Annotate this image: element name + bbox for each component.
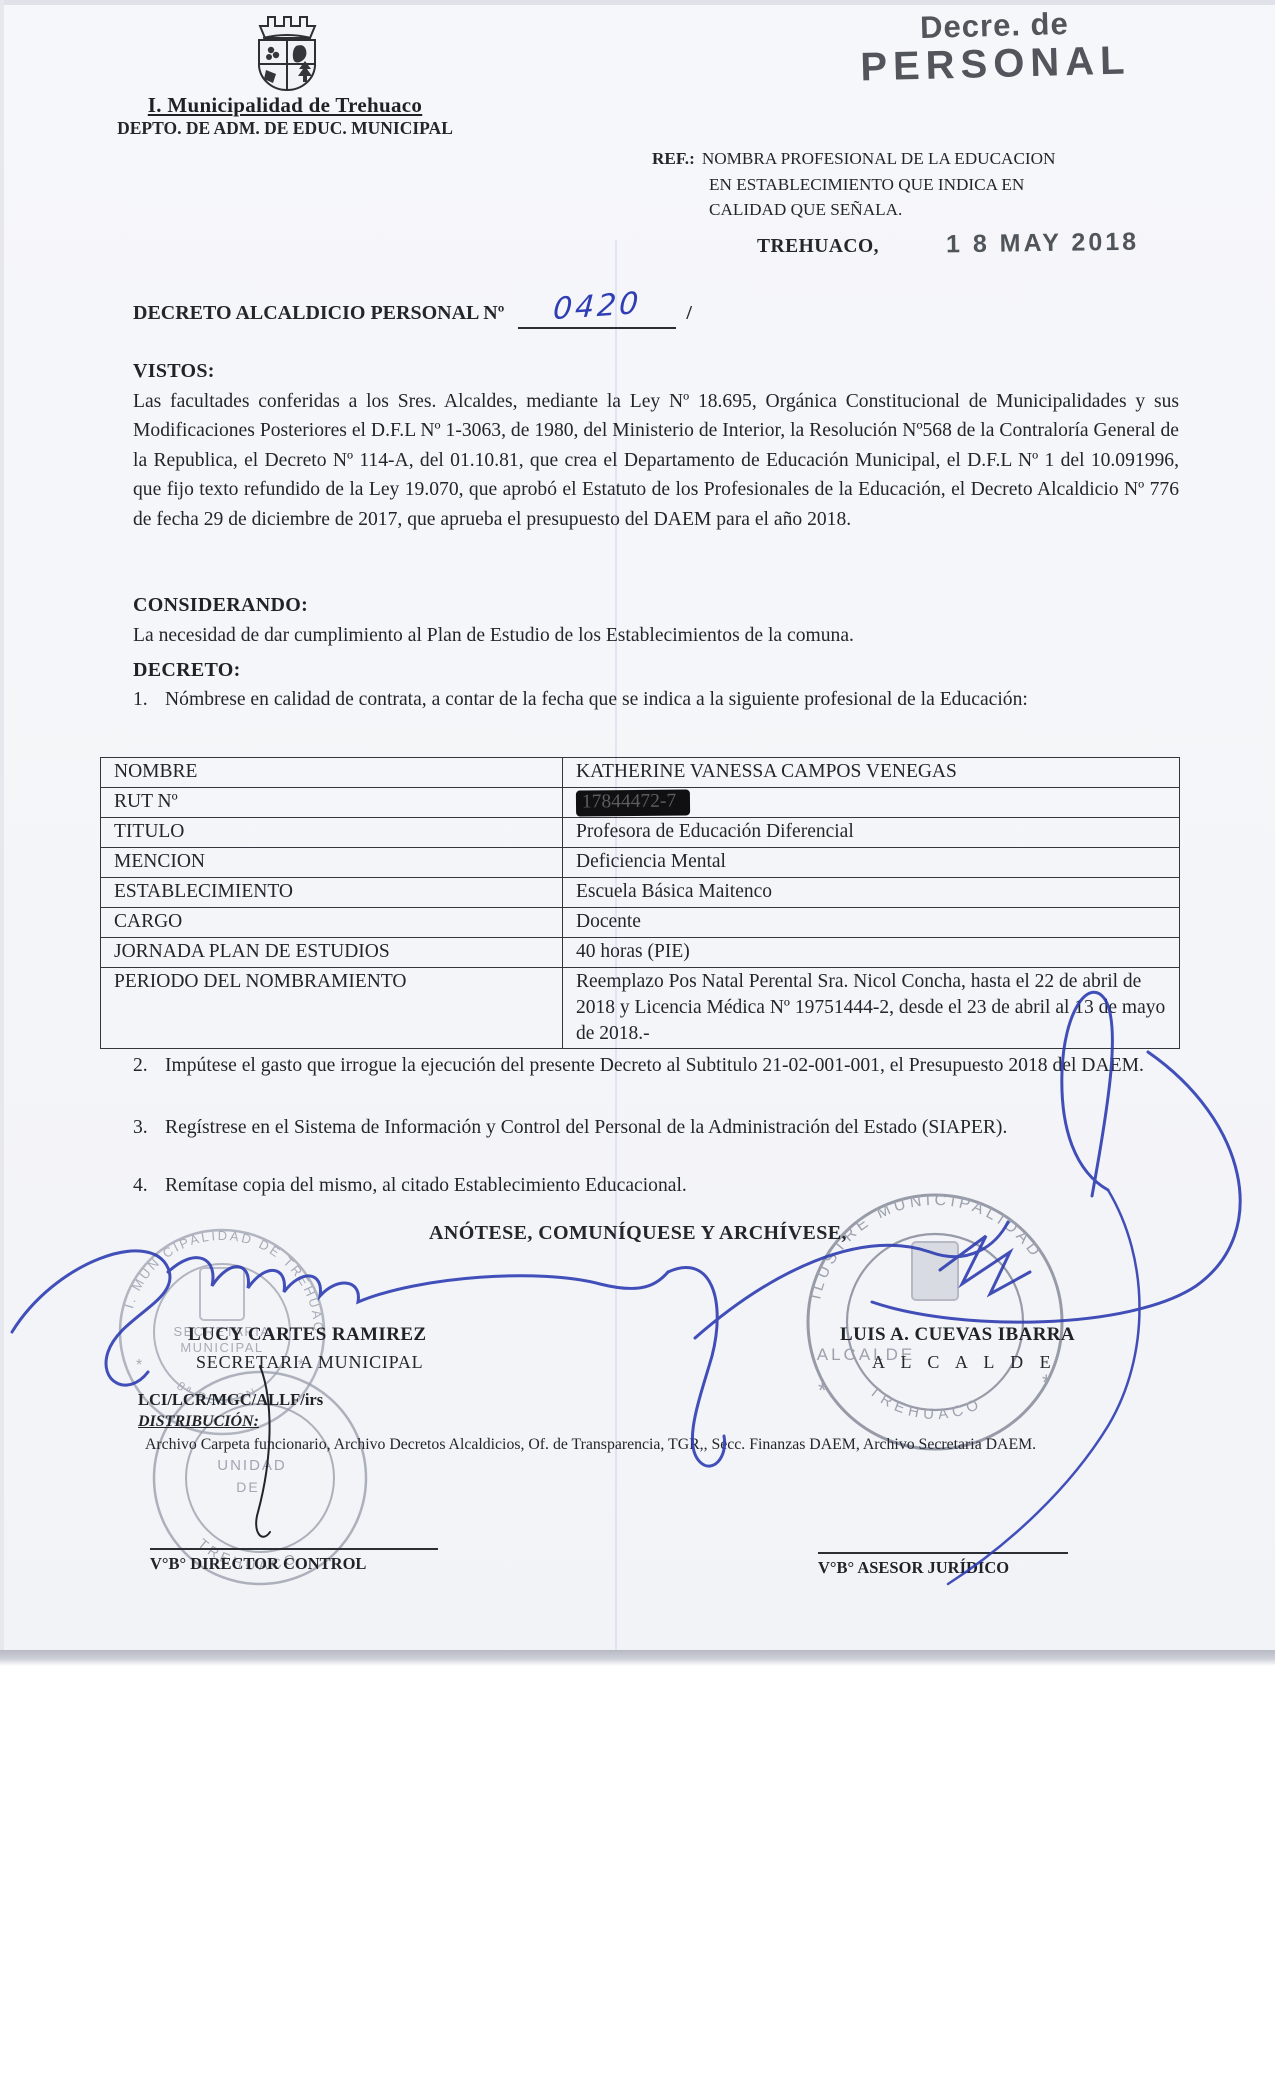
redaction-box: 17844472-7	[576, 789, 691, 816]
row-label: RUT Nº	[101, 788, 563, 818]
row-label: ESTABLECIMIENTO	[101, 878, 563, 908]
vb-asesor-juridico: V°B° ASESOR JURÍDICO	[818, 1552, 1068, 1578]
date-stamp: 1 8 MAY 2018	[946, 228, 1139, 260]
item-text: Impútese el gasto que irrogue la ejecuci…	[165, 1052, 1179, 1081]
row-label: NOMBRE	[101, 758, 563, 788]
distribution-list: Archivo Carpeta funcionario, Archivo Dec…	[145, 1436, 1165, 1454]
item-text: Regístrese en el Sistema de Información …	[165, 1114, 1179, 1143]
considerando-heading: CONSIDERANDO:	[133, 594, 308, 617]
table-row: NOMBRE KATHERINE VANESSA CAMPOS VENEGAS	[101, 758, 1180, 788]
scan-edge-left	[0, 0, 4, 1650]
paper-bottom-shadow	[0, 1650, 1275, 1666]
mayor-title: A L C A L D E	[872, 1352, 1057, 1373]
table-row: CARGO Docente	[101, 908, 1180, 938]
ref-label: REF.:	[652, 146, 695, 172]
table-row: MENCION Deficiencia Mental	[101, 848, 1180, 878]
personal-rubber-stamp: Decre. de PERSONAL	[829, 4, 1161, 92]
row-value: Reemplazo Pos Natal Perental Sra. Nicol …	[563, 968, 1180, 1049]
decreto-item-2: 2. Impútese el gasto que irrogue la ejec…	[133, 1052, 1179, 1081]
row-label: JORNADA PLAN DE ESTUDIOS	[101, 938, 563, 968]
row-label: CARGO	[101, 908, 563, 938]
decreto-item-4: 4. Remítase copia del mismo, al citado E…	[133, 1172, 1179, 1201]
item-number: 1.	[133, 686, 165, 715]
decree-number-underline: 0420	[518, 292, 676, 329]
item-number: 2.	[133, 1052, 165, 1081]
appointment-table: NOMBRE KATHERINE VANESSA CAMPOS VENEGAS …	[100, 757, 1180, 1049]
row-label: PERIODO DEL NOMBRAMIENTO	[101, 968, 563, 1049]
department-name: DEPTO. DE ADM. DE EDUC. MUNICIPAL	[93, 118, 477, 139]
vb-director-control: V°B° DIRECTOR CONTROL	[150, 1548, 438, 1574]
handwritten-decree-number: 0420	[552, 286, 643, 327]
city-dateline: TREHUACO,	[757, 236, 879, 258]
ref-line-1: NOMBRA PROFESIONAL DE LA EDUCACION	[702, 146, 1056, 172]
decree-number-line: DECRETO ALCALDICIO PERSONAL Nº0420/	[133, 292, 1133, 329]
reference-block: REF.: NOMBRA PROFESIONAL DE LA EDUCACION…	[652, 146, 1132, 223]
vistos-paragraph: Las facultades conferidas a los Sres. Al…	[133, 387, 1179, 534]
decree-slash: /	[686, 302, 692, 324]
distribution-label: DISTRIBUCIÓN:	[138, 1413, 259, 1431]
secretary-name: LUCY CARTES RAMIREZ	[188, 1324, 426, 1346]
row-value: Deficiencia Mental	[563, 848, 1180, 878]
row-value: Escuela Básica Maitenco	[563, 878, 1180, 908]
municipal-crest	[236, 6, 338, 98]
decreto-item-1: 1. Nómbrese en calidad de contrata, a co…	[133, 686, 1179, 715]
row-label: MENCION	[101, 848, 563, 878]
municipality-name: I. Municipalidad de Trehuaco	[103, 93, 467, 118]
secretary-title: SECRETARIA MUNICIPAL	[196, 1352, 423, 1373]
stamp-line-2: PERSONAL	[830, 38, 1161, 92]
row-value: 40 horas (PIE)	[563, 938, 1180, 968]
decree-label: DECRETO ALCALDICIO PERSONAL Nº	[133, 302, 504, 324]
item-text: Nómbrese en calidad de contrata, a conta…	[165, 686, 1179, 715]
row-value: Profesora de Educación Diferencial	[563, 818, 1180, 848]
ref-line-2: EN ESTABLECIMIENTO QUE INDICA EN	[652, 172, 1132, 198]
row-value: KATHERINE VANESSA CAMPOS VENEGAS	[563, 758, 1180, 788]
row-value: Docente	[563, 908, 1180, 938]
scanned-decree-document: I. MUNICIPALIDAD DE TREHUACO 8ª REGION S…	[0, 0, 1275, 2100]
closing-formula: ANÓTESE, COMUNÍQUESE Y ARCHÍVESE,	[288, 1222, 988, 1245]
table-row: PERIODO DEL NOMBRAMIENTO Reemplazo Pos N…	[101, 968, 1180, 1049]
item-number: 4.	[133, 1172, 165, 1201]
item-number: 3.	[133, 1114, 165, 1143]
table-row: RUT Nº 17844472-7	[101, 788, 1180, 818]
document-initials: LCI/LCR/MGC/ALLF/irs	[138, 1390, 323, 1410]
ref-line-3: CALIDAD QUE SEÑALA.	[652, 197, 1132, 223]
vistos-heading: VISTOS:	[133, 360, 215, 383]
table-row: TITULO Profesora de Educación Diferencia…	[101, 818, 1180, 848]
item-text: Remítase copia del mismo, al citado Esta…	[165, 1172, 1179, 1201]
row-label: TITULO	[101, 818, 563, 848]
mayor-name: LUIS A. CUEVAS IBARRA	[840, 1324, 1075, 1346]
table-row: JORNADA PLAN DE ESTUDIOS 40 horas (PIE)	[101, 938, 1180, 968]
scan-edge-top	[0, 0, 1275, 5]
decreto-item-3: 3. Regístrese en el Sistema de Informaci…	[133, 1114, 1179, 1143]
table-row: ESTABLECIMIENTO Escuela Básica Maitenco	[101, 878, 1180, 908]
row-value-redacted: 17844472-7	[563, 788, 1180, 818]
considerando-paragraph: La necesidad de dar cumplimiento al Plan…	[133, 621, 1179, 650]
decreto-heading: DECRETO:	[133, 659, 241, 682]
